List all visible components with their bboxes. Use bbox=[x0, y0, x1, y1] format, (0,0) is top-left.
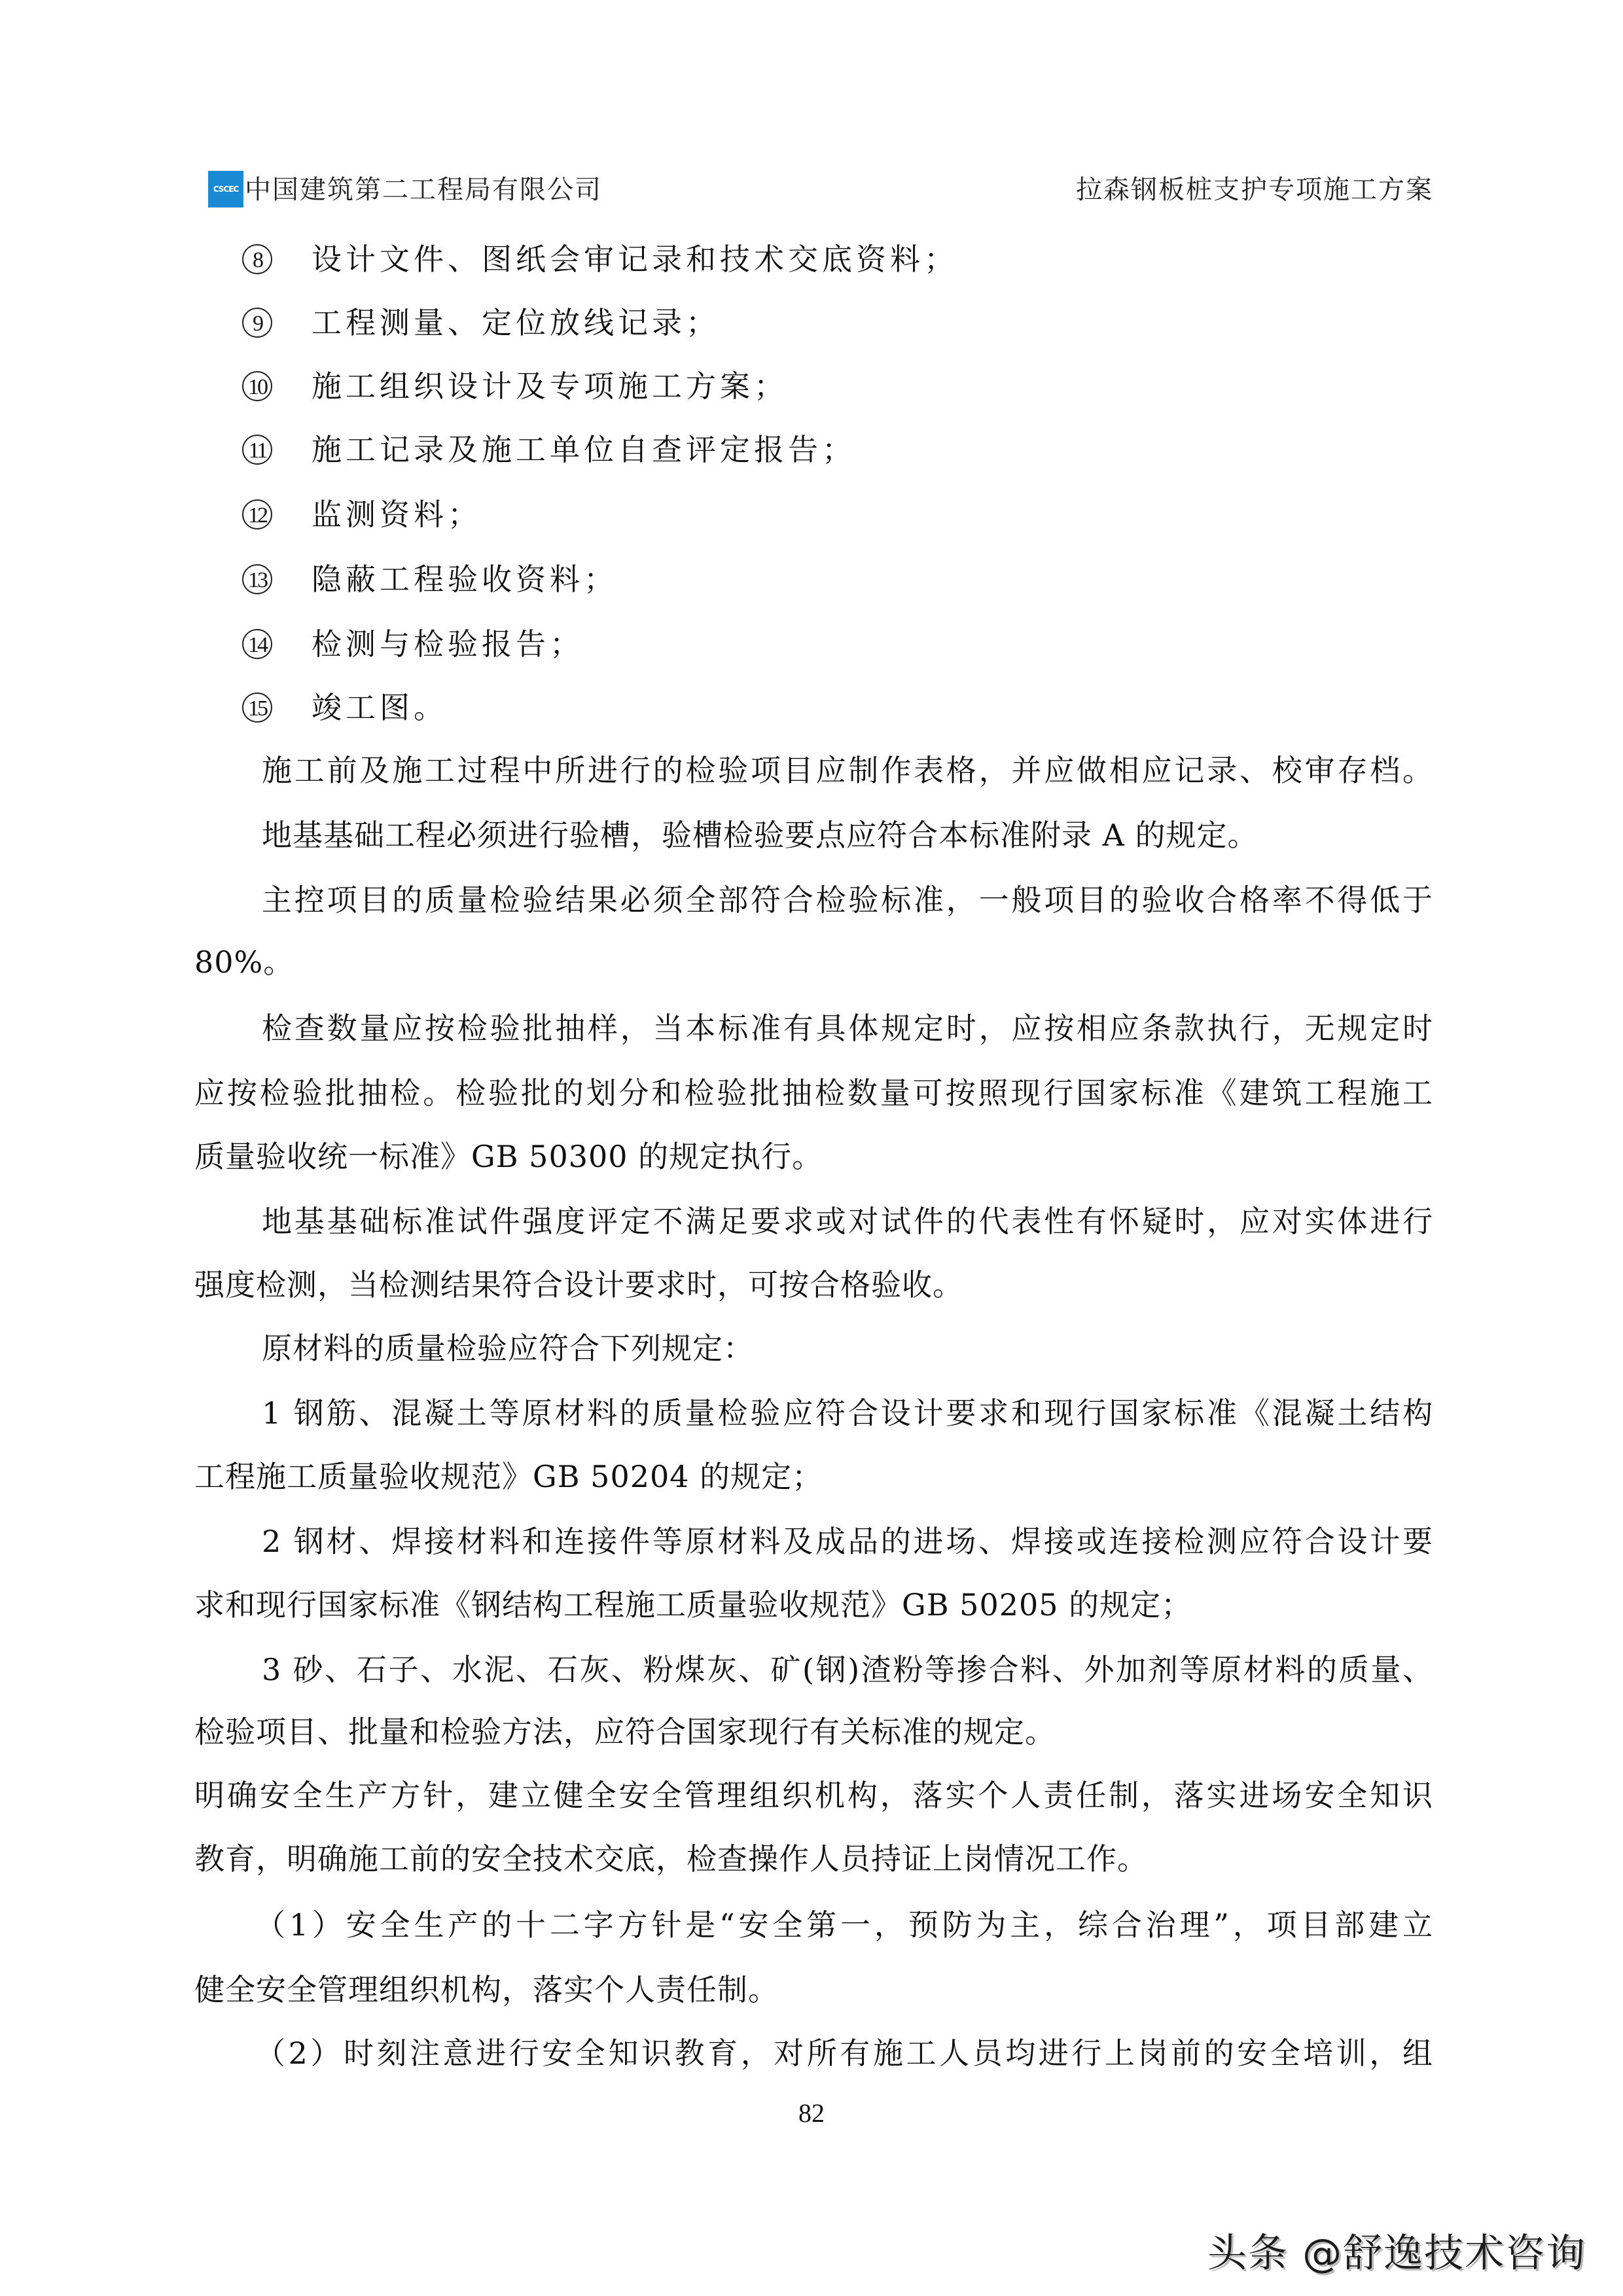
list-item: 12监测资料； bbox=[242, 480, 482, 544]
circled-number: 10 bbox=[242, 371, 272, 401]
list-item-text: 工程测量、定位放线记录； bbox=[312, 305, 720, 340]
paragraph-line: 施工前及施工过程中所进行的检验项目应制作表格，并应做相应记录、校审存档。 bbox=[262, 738, 1433, 802]
list-item-text: 施工组织设计及专项施工方案； bbox=[312, 368, 788, 404]
paragraph-line: 地基基础工程必须进行验槽，验槽检验要点应符合本标准附录 A 的规定。 bbox=[262, 803, 1433, 867]
paragraph-line: 3 砂、石子、水泥、石灰、粉煤灰、矿(钢)渣粉等掺合料、外加剂等原材料的质量、 bbox=[262, 1638, 1433, 1702]
list-item-text: 隐蔽工程验收资料； bbox=[312, 562, 618, 597]
paragraph-line: 2 钢材、焊接材料和连接件等原材料及成品的进场、焊接或连接检测应符合设计要 bbox=[262, 1509, 1433, 1573]
circled-number: 11 bbox=[242, 435, 272, 465]
paragraph-line: 健全安全管理组织机构，落实个人责任制。 bbox=[194, 1958, 1433, 2022]
paragraph-line: 1 钢筋、混凝土等原材料的质量检验应符合设计要求和现行国家标准《混凝土结构 bbox=[262, 1381, 1433, 1445]
circled-number: 12 bbox=[242, 499, 272, 529]
paragraph-line: 求和现行国家标准《钢结构工程施工质量验收规范》GB 50205 的规定； bbox=[194, 1573, 1433, 1637]
document-title: 拉森钢板桩支护专项施工方案 bbox=[1076, 167, 1433, 213]
list-item-text: 施工记录及施工单位自查评定报告； bbox=[312, 432, 856, 467]
list-item: 8设计文件、图纸会审记录和技术交底资料； bbox=[242, 224, 958, 289]
company-logo-icon: CSCEC bbox=[208, 171, 243, 207]
list-item: 15竣工图。 bbox=[242, 673, 448, 737]
paragraph-line: 明确安全生产方针，建立健全安全管理组织机构，落实个人责任制，落实进场安全知识 bbox=[194, 1763, 1433, 1827]
list-item: 9工程测量、定位放线记录； bbox=[242, 288, 720, 352]
paragraph-line: 原材料的质量检验应符合下列规定： bbox=[262, 1316, 1433, 1380]
list-item-text: 设计文件、图纸会审记录和技术交底资料； bbox=[312, 242, 958, 277]
list-item: 13隐蔽工程验收资料； bbox=[242, 545, 618, 609]
list-item: 11施工记录及施工单位自查评定报告； bbox=[242, 415, 856, 479]
paragraph-line: （1）安全生产的十二字方针是“安全第一，预防为主，综合治理”，项目部建立 bbox=[255, 1893, 1433, 1957]
logo-text: CSCEC bbox=[213, 186, 238, 193]
list-item: 10施工组织设计及专项施工方案； bbox=[242, 351, 788, 416]
page-number: 82 bbox=[0, 2098, 1623, 2128]
watermark: 头条 @舒逸技术咨询 bbox=[1207, 2222, 1586, 2278]
company-name: 中国建筑第二工程局有限公司 bbox=[245, 167, 602, 213]
list-item-text: 监测资料； bbox=[312, 497, 482, 532]
paragraph-line: 工程施工质量验收规范》GB 50204 的规定； bbox=[194, 1444, 1433, 1509]
paragraph-line: 教育，明确施工前的安全技术交底，检查操作人员持证上岗情况工作。 bbox=[194, 1827, 1433, 1891]
paragraph-line: 强度检测，当检测结果符合设计要求时，可按合格验收。 bbox=[194, 1253, 1433, 1317]
paragraph-line: 主控项目的质量检验结果必须全部符合检验标准，一般项目的验收合格率不得低于 bbox=[262, 868, 1433, 932]
circled-number: 8 bbox=[242, 244, 272, 274]
paragraph-line: 检验项目、批量和检验方法，应符合国家现行有关标准的规定。 bbox=[194, 1700, 1433, 1764]
circled-number: 13 bbox=[242, 564, 272, 594]
list-item: 14检测与检验报告； bbox=[242, 609, 584, 673]
paragraph-line: （2）时刻注意进行安全知识教育，对所有施工人员均进行上岗前的安全培训，组 bbox=[255, 2021, 1433, 2085]
page-header: CSCEC 中国建筑第二工程局有限公司 拉森钢板桩支护专项施工方案 bbox=[208, 167, 1433, 213]
list-item-text: 竣工图。 bbox=[312, 690, 448, 725]
circled-number: 9 bbox=[242, 308, 272, 338]
paragraph-line: 质量验收统一标准》GB 50300 的规定执行。 bbox=[194, 1124, 1433, 1189]
circled-number: 14 bbox=[242, 629, 272, 659]
paragraph-line: 应按检验批抽检。检验批的划分和检验批抽检数量可按照现行国家标准《建筑工程施工 bbox=[194, 1061, 1433, 1125]
list-item-text: 检测与检验报告； bbox=[312, 626, 584, 662]
paragraph-line: 地基基础标准试件强度评定不满足要求或对试件的代表性有怀疑时，应对实体进行 bbox=[262, 1189, 1433, 1253]
paragraph-line: 检查数量应按检验批抽样，当本标准有具体规定时，应按相应条款执行，无规定时 bbox=[262, 996, 1433, 1060]
document-page: CSCEC 中国建筑第二工程局有限公司 拉森钢板桩支护专项施工方案 8设计文件、… bbox=[0, 0, 1623, 2296]
circled-number: 15 bbox=[242, 692, 272, 723]
paragraph-line: 80%。 bbox=[194, 930, 1433, 994]
